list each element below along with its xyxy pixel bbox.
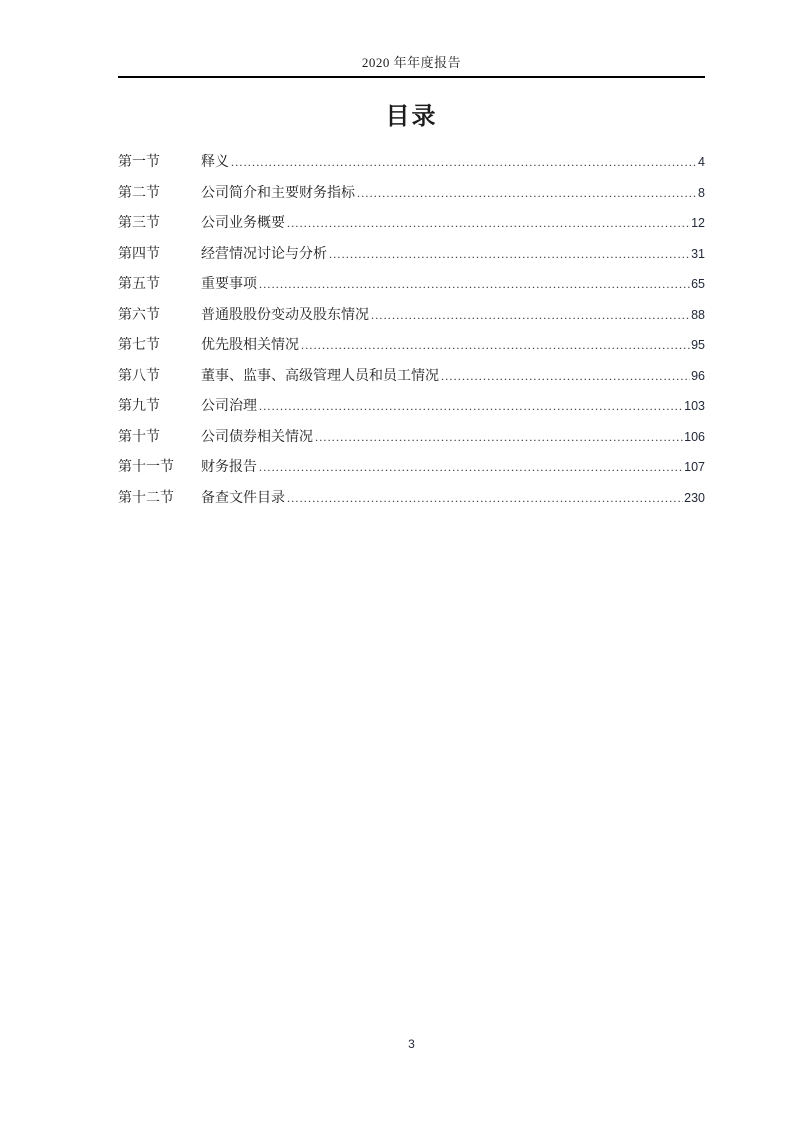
toc-entry[interactable]: 第十二节 备查文件目录 230 (118, 483, 705, 514)
toc-entry-title[interactable]: 重要事项 (201, 270, 257, 301)
toc-entry[interactable]: 第四节 经营情况讨论与分析 31 (118, 239, 705, 270)
toc-entry[interactable]: 第三节 公司业务概要 12 (118, 208, 705, 239)
toc-entry[interactable]: 第六节 普通股股份变动及股东情况 88 (118, 300, 705, 331)
toc-entry[interactable]: 第九节 公司治理 103 (118, 391, 705, 422)
toc-entry[interactable]: 第八节 董事、监事、高级管理人员和员工情况 96 (118, 361, 705, 392)
page-title: 目录 (118, 96, 705, 131)
toc-dot-leader (259, 391, 683, 422)
toc-chapter-label: 第三节 (118, 209, 201, 240)
toc-dot-leader (329, 239, 690, 270)
toc-list: 第一节 释义 4 第二节 公司简介和主要财务指标 8 第三节 公司业务概要 12… (118, 147, 705, 513)
toc-entry[interactable]: 第十节 公司债券相关情况 106 (118, 422, 705, 453)
toc-dot-leader (371, 300, 690, 331)
toc-entry[interactable]: 第一节 释义 4 (118, 147, 705, 178)
toc-page-number: 230 (684, 483, 705, 514)
toc-chapter-label: 第六节 (118, 301, 201, 332)
toc-entry-title[interactable]: 公司简介和主要财务指标 (201, 179, 355, 210)
toc-entry-title[interactable]: 公司业务概要 (201, 209, 285, 240)
toc-chapter-label: 第四节 (118, 240, 201, 271)
toc-entry-title[interactable]: 财务报告 (201, 453, 257, 484)
toc-dot-leader (441, 361, 690, 392)
toc-page-number: 65 (691, 269, 705, 300)
toc-entry-title[interactable]: 公司债券相关情况 (201, 423, 313, 454)
toc-chapter-label: 第十节 (118, 423, 201, 454)
toc-entry-title[interactable]: 优先股相关情况 (201, 331, 299, 362)
document-page: 2020 年年度报告 目录 第一节 释义 4 第二节 公司简介和主要财务指标 8… (0, 0, 794, 1123)
toc-chapter-label: 第八节 (118, 362, 201, 393)
toc-entry-title[interactable]: 普通股股份变动及股东情况 (201, 301, 369, 332)
toc-dot-leader (259, 269, 690, 300)
toc-chapter-label: 第二节 (118, 179, 201, 210)
toc-entry[interactable]: 第十一节 财务报告 107 (118, 452, 705, 483)
toc-page-number: 107 (684, 452, 705, 483)
toc-dot-leader (315, 422, 683, 453)
toc-dot-leader (231, 147, 697, 178)
toc-page-number: 95 (691, 330, 705, 361)
page-header: 2020 年年度报告 (118, 52, 705, 78)
toc-dot-leader (287, 483, 683, 514)
toc-entry-title[interactable]: 董事、监事、高级管理人员和员工情况 (201, 362, 439, 393)
toc-chapter-label: 第十一节 (118, 453, 201, 484)
toc-entry-title[interactable]: 释义 (201, 148, 229, 179)
toc-page-number: 31 (691, 239, 705, 270)
toc-chapter-label: 第七节 (118, 331, 201, 362)
toc-chapter-label: 第九节 (118, 392, 201, 423)
toc-page-number: 96 (691, 361, 705, 392)
toc-dot-leader (287, 208, 690, 239)
toc-entry[interactable]: 第二节 公司简介和主要财务指标 8 (118, 178, 705, 209)
toc-page-number: 12 (691, 208, 705, 239)
toc-page-number: 4 (698, 147, 705, 178)
toc-page-number: 8 (698, 178, 705, 209)
toc-chapter-label: 第五节 (118, 270, 201, 301)
toc-entry[interactable]: 第五节 重要事项 65 (118, 269, 705, 300)
toc-page-number: 106 (684, 422, 705, 453)
toc-entry-title[interactable]: 经营情况讨论与分析 (201, 240, 327, 271)
toc-dot-leader (301, 330, 690, 361)
toc-entry[interactable]: 第七节 优先股相关情况 95 (118, 330, 705, 361)
toc-entry-title[interactable]: 公司治理 (201, 392, 257, 423)
toc-chapter-label: 第一节 (118, 148, 201, 179)
toc-chapter-label: 第十二节 (118, 484, 201, 515)
toc-dot-leader (357, 178, 697, 209)
toc-page-number: 103 (684, 391, 705, 422)
toc-dot-leader (259, 452, 683, 483)
footer-page-number: 3 (118, 1037, 705, 1051)
toc-entry-title[interactable]: 备查文件目录 (201, 484, 285, 515)
toc-page-number: 88 (691, 300, 705, 331)
